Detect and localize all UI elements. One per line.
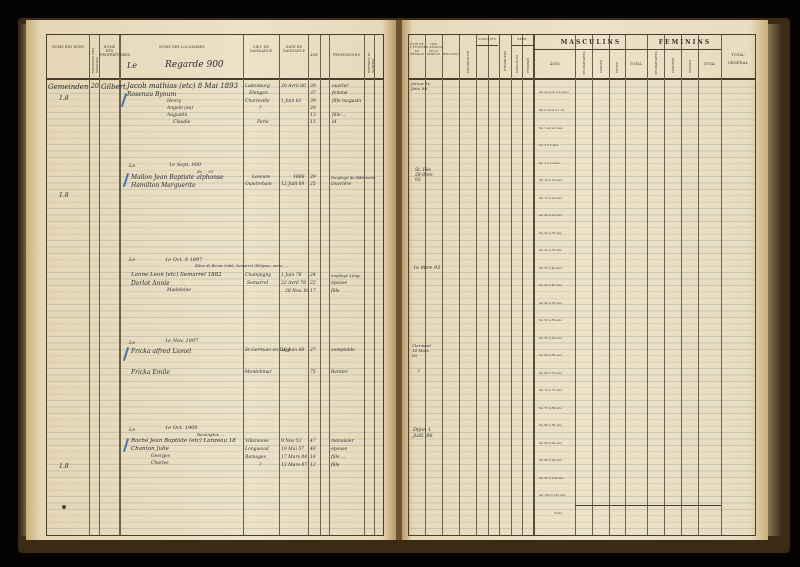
- header-masc-veufs: Veufs: [615, 55, 619, 73]
- header-masc-total: Total: [626, 62, 646, 66]
- age-group: De 10 à 15 ans: [539, 178, 562, 182]
- header-etrangers: Étrangers: [503, 45, 507, 71]
- age: 25: [310, 182, 316, 187]
- age: 13: [310, 113, 316, 118]
- header-religion: Religion: [443, 53, 458, 56]
- entry-note: Remington ...: [197, 432, 224, 437]
- age: 12: [310, 463, 316, 468]
- birthplace: Ouistreham: [245, 182, 272, 187]
- header-date-entree: Date de l'entrée en ménage: [410, 43, 424, 56]
- header-sexe: Sexe: [511, 38, 533, 42]
- house-number: 20: [91, 83, 99, 90]
- header-handwriting-prefix: Le: [127, 61, 137, 70]
- header-professions: Professions: [330, 53, 363, 57]
- header-total-line1: TOTAL: [722, 53, 754, 58]
- header-noms-proprietaires: Noms des propriétaires: [100, 45, 119, 57]
- left-table: Noms des rues Numéros des maisons Noms d…: [46, 34, 384, 536]
- profession: ouvrier: [332, 84, 349, 89]
- birthdate: 20 Avril 60: [281, 84, 306, 89]
- locataire-name: Mallon Jean Baptiste alphonse: [131, 174, 224, 181]
- book-edge-right: [768, 24, 782, 536]
- age: 11: [310, 120, 316, 125]
- header-numeros-maisons: Numéros des maisons: [91, 41, 99, 73]
- age: 47: [310, 439, 316, 444]
- age: 20: [310, 106, 316, 111]
- locataire-name: Angelo (ae): [167, 106, 193, 111]
- birthdate: 28 Nov. 81: [285, 289, 309, 294]
- header-fem-celibataires: Célibataires: [654, 53, 658, 75]
- profession: Rentier: [331, 370, 348, 375]
- street-sub: 1.8: [59, 463, 69, 470]
- profession: employé Liège: [331, 273, 361, 278]
- age: 17: [310, 289, 316, 294]
- birthdate: 22 Avril 78: [281, 281, 306, 286]
- locataire-name: Hamilton Marguerite: [131, 182, 196, 189]
- street-sub: 1.8: [59, 192, 69, 199]
- entry-marker: Le: [129, 427, 135, 433]
- age: 24: [310, 273, 316, 278]
- date-entree-note: St. Pée 28 8bre 93: [415, 168, 433, 183]
- ink-blot: [62, 505, 66, 509]
- date-entree-note: 1e 8bre 93: [413, 265, 440, 271]
- profession: fille ...: [332, 113, 346, 118]
- birthplace: Longueval: [245, 447, 269, 452]
- entry-date-note: 1e Nov. 1897: [165, 338, 198, 344]
- locataire-name: Roché Jean Baptiste (etc) Lanzeau 18: [131, 438, 236, 444]
- right-page: Date de l'entrée en ménage Lieu d'origin…: [402, 20, 768, 540]
- birthdate: 19 Mai 57: [281, 447, 304, 452]
- age-group: De 25 à 30 ans: [539, 231, 562, 235]
- header-masculins: MASCULINS: [535, 39, 647, 46]
- birthdate: 17 Mars 84: [281, 455, 307, 460]
- age-group: De 35 à 40 ans: [539, 266, 562, 270]
- entry-note: Élève de Benne habit, Semarrel Ohligeau,…: [195, 264, 288, 268]
- locataire-name: Dorlot Annie: [131, 280, 170, 287]
- right-table: Date de l'entrée en ménage Lieu d'origin…: [408, 34, 756, 536]
- age-group: De 6 mois à 1 an: [539, 108, 564, 112]
- age: 22: [310, 281, 316, 286]
- birthdate: 9 Nov 51: [281, 439, 302, 444]
- header-fem-veuves: Veuves: [688, 55, 692, 73]
- age: 29: [310, 175, 316, 180]
- birthplace: ?: [259, 106, 261, 111]
- header-nationalite: Nationalité: [466, 43, 470, 73]
- locataire-name: Jacob mathias (etc) 8 Mai 1893: [127, 82, 238, 90]
- profession: fille: [331, 463, 340, 468]
- profession: Ouvrière: [331, 182, 351, 187]
- locataire-name: Fricka alfred Lionel: [131, 348, 191, 355]
- age-group: De 2 à 5 ans: [539, 143, 558, 147]
- birthplace: Villeneuve: [245, 439, 269, 444]
- entry-marker: Le: [129, 163, 135, 169]
- age-group: De 50 à 55 ans: [539, 318, 562, 322]
- birthdate: 1 Juin 61: [281, 99, 302, 104]
- profession: fille ...: [331, 455, 345, 460]
- profession: id: [332, 120, 336, 125]
- profession: épouse: [331, 281, 347, 286]
- profession: comptable: [331, 348, 355, 353]
- age: 39: [310, 84, 316, 89]
- header-noms-rues: Noms des rues: [49, 45, 87, 49]
- entry-date-note: 1e Sept. 900: [169, 162, 201, 168]
- age-group: De 55 à 60 ans: [539, 336, 562, 340]
- date-entree-note: Clermont 14 Mars 00: [412, 343, 434, 358]
- age-group: De un jour à 6 mois: [539, 90, 569, 94]
- birthplace: Lescure: [252, 175, 270, 180]
- entry-date-note: 1e Oct. 1900: [165, 425, 198, 431]
- header-lieu-naissance: Lieu de naissance: [245, 45, 277, 53]
- locataire-name: Chanton Julie: [131, 446, 169, 452]
- birthdate: 1868: [293, 175, 304, 180]
- header-lieu-origine: Lieu d'origine de la famille: [426, 43, 441, 56]
- age-group: De 20 à 25 ans: [539, 213, 562, 217]
- header-masc-maries: Mariés: [599, 55, 603, 73]
- header-masc-celibataires: Célibataires: [582, 53, 586, 75]
- locataire-name: Charles: [151, 461, 169, 466]
- header-noms-locataires: Noms des locataires: [147, 45, 217, 49]
- age-group: De 85 à 90 ans: [539, 441, 562, 445]
- locataire-name: Claudie: [173, 120, 190, 125]
- profession: fille magasin: [332, 99, 361, 104]
- street-name: Gemeinden: [48, 83, 88, 91]
- header-age: Âge: [309, 53, 319, 57]
- profession: épouse: [331, 447, 347, 452]
- age-group: De 75 à 80 ans: [539, 406, 562, 410]
- header-sexe-feminin: Féminin: [526, 53, 530, 73]
- profession: femme: [332, 91, 348, 96]
- header-fem-total: Total: [699, 62, 720, 66]
- birthdate: 1 Juin 76: [281, 273, 302, 278]
- profession: menuisier: [331, 439, 354, 444]
- birthplace: Charleville: [245, 99, 270, 104]
- age: 16: [310, 455, 316, 460]
- birthplace: Champigny: [245, 273, 271, 278]
- age-group: De 70 à 75 ans: [539, 388, 562, 392]
- date-entree-note: Dijon 1 Juill. 88: [413, 427, 437, 439]
- locataire-name: Augustin: [167, 113, 187, 118]
- header-indigents: Indigents: [476, 38, 498, 41]
- header-date-naissance: Date de naissance: [281, 45, 307, 53]
- owner-name: Gilbert: [101, 83, 126, 91]
- locataire-name: Madeleine: [167, 288, 191, 293]
- left-page: Noms des rues Numéros des maisons Noms d…: [26, 20, 396, 540]
- age: 39: [310, 99, 316, 104]
- totals-label: Total: [554, 511, 562, 515]
- entry-marker: Le: [129, 257, 135, 263]
- birthplace: Ehingen: [249, 91, 268, 96]
- locataire-name: Georges: [151, 454, 170, 459]
- age-group: De 100 à 105 ans: [539, 493, 566, 497]
- header-fem-mariees: Mariées: [671, 55, 675, 73]
- age-group: De 30 à 35 ans: [539, 248, 562, 252]
- profession: Employé de Bâtiment: [331, 175, 375, 180]
- birthplace: Paris: [257, 120, 268, 125]
- age-group: De 65 à 70 ans: [539, 371, 562, 375]
- profession: fille: [331, 289, 340, 294]
- street-sub: 1.8: [59, 95, 69, 102]
- birthplace: Montelimar: [245, 370, 272, 375]
- birthdate: 12 Mars 87: [281, 463, 307, 468]
- birthplace: Ladenburg: [245, 84, 270, 89]
- entry-marker: Le: [129, 340, 135, 346]
- header-handwriting: Regarde 900: [165, 60, 224, 70]
- locataire-name: Fricka Emile: [131, 369, 170, 376]
- birthdate: 12 Juill 69: [281, 182, 304, 187]
- age: 75: [310, 370, 316, 375]
- age: 37: [310, 91, 316, 96]
- age-group: De 5 à 10 ans: [539, 161, 560, 165]
- age-group: De 80 à 85 ans: [539, 423, 562, 427]
- birthplace: Semarrel: [247, 281, 268, 286]
- locataire-name: Rosenau Bynum: [127, 91, 176, 98]
- age-group: De 45 à 50 ans: [539, 301, 562, 305]
- age-group: De 95 à 100 ans: [539, 476, 564, 480]
- birthdate: 16 Juin 88: [281, 348, 304, 353]
- age-group: De 90 à 95 ans: [539, 458, 562, 462]
- age: 27: [310, 348, 316, 353]
- header-feminins: FEMININS: [649, 39, 721, 46]
- birthplace: Ramages: [245, 455, 266, 460]
- age-group: De 40 à 45 ans: [539, 283, 562, 287]
- age-group: De 1 an à 2 ans: [539, 126, 563, 130]
- age-group: De 60 à 65 ans: [539, 353, 562, 357]
- age-group: De 15 à 20 ans: [539, 196, 562, 200]
- birthplace: ?: [259, 463, 261, 468]
- age: 40: [310, 447, 316, 452]
- header-sexe-masculin: Masculin: [515, 53, 519, 73]
- date-entree-note: ?: [417, 369, 420, 375]
- header-extra: Entrées et sorties: [367, 41, 375, 73]
- header-masc-ages: Âges: [537, 62, 573, 66]
- date-entree-note: Jarnac 1e Janv. 88: [411, 81, 431, 91]
- locataire-name: Henry: [167, 99, 181, 104]
- locataire-name: Lanne Leon (etc) Semarrel 1882: [131, 272, 222, 278]
- entry-date-note: 1e Oct. 8 1897: [165, 257, 202, 263]
- header-total-line2: GÉNÉRAL: [722, 61, 754, 66]
- ruled-lines: [409, 81, 755, 533]
